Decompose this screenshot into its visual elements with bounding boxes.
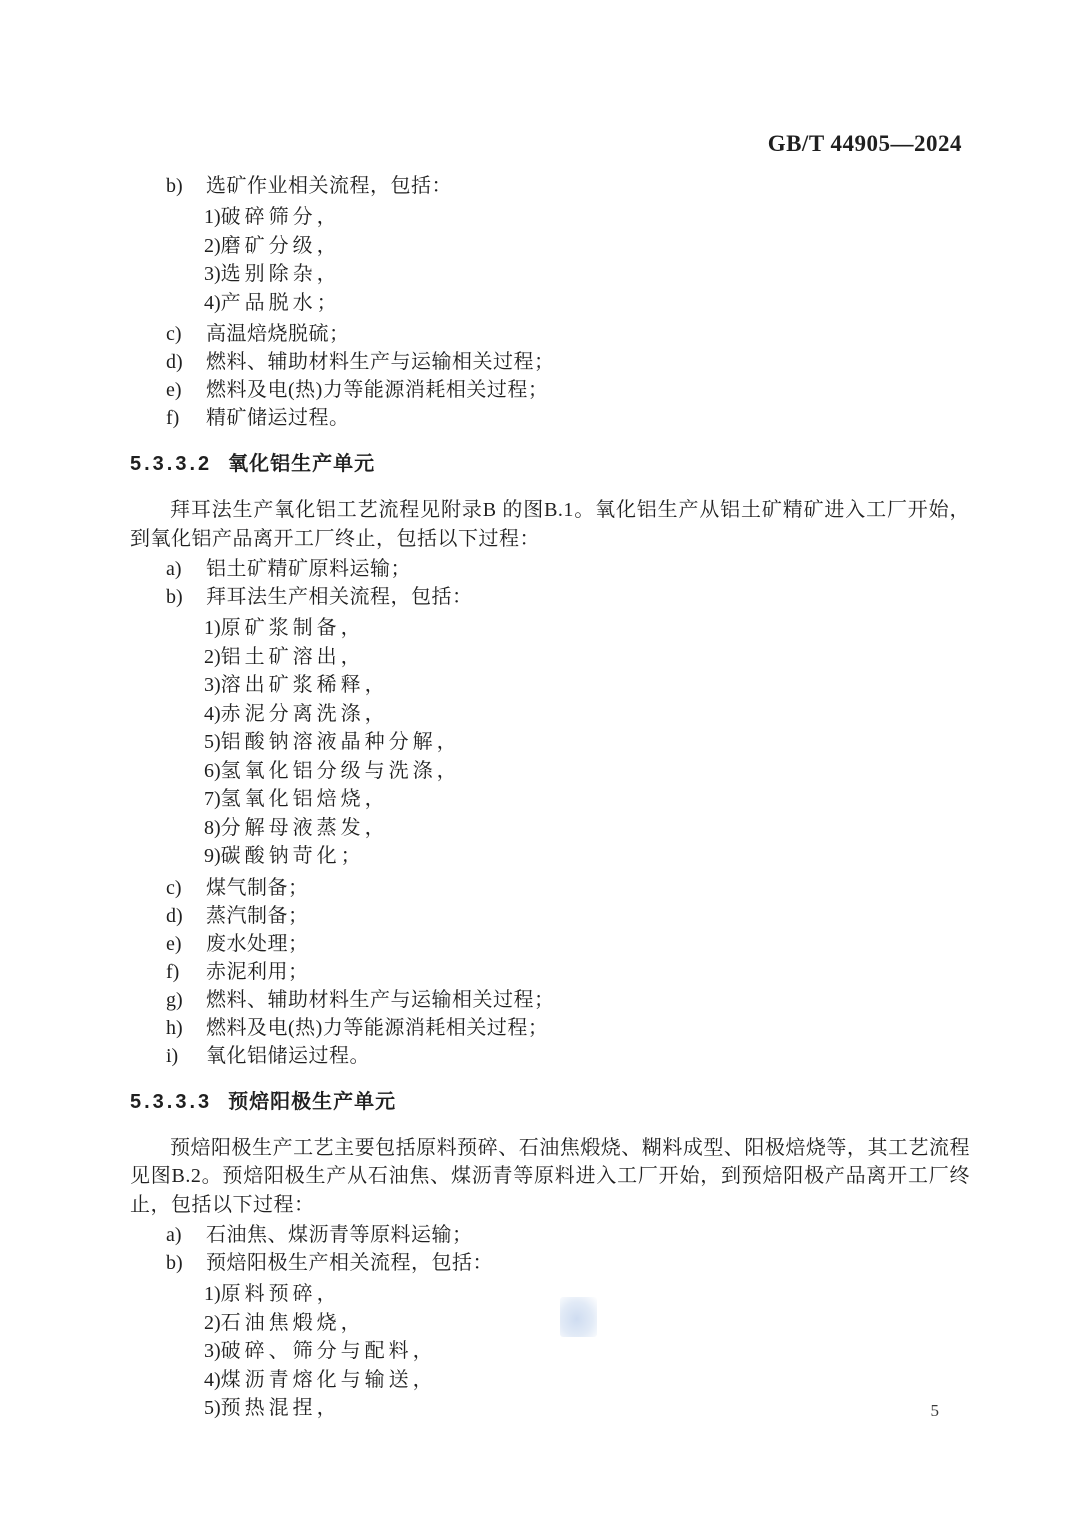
list-item-label: h) xyxy=(166,1014,206,1042)
section-number: 5.3.3.2 xyxy=(130,449,212,479)
list-subitem: 1)破碎筛分， xyxy=(130,203,970,232)
list-subitem-label: 4) xyxy=(204,289,221,318)
list-item: d)燃料、辅助材料生产与运输相关过程； xyxy=(130,348,970,376)
list-subitem: 4)产品脱水； xyxy=(130,289,970,318)
list-subitem-label: 5) xyxy=(204,1394,221,1423)
list-subitem-text: 石油焦煅烧， xyxy=(221,1309,365,1338)
list-subitem: 9)碳酸钠苛化； xyxy=(130,842,970,871)
list-item: i)氧化铝储运过程。 xyxy=(130,1042,970,1070)
list-subitem-label: 3) xyxy=(204,671,221,700)
list-subitem-text: 产品脱水； xyxy=(221,289,341,318)
list-item-label: c) xyxy=(166,874,206,902)
page-number: 5 xyxy=(931,1401,940,1421)
list-subitem-text: 氢氧化铝分级与洗涤， xyxy=(221,757,461,786)
list-subitem: 7)氢氧化铝焙烧， xyxy=(130,785,970,814)
list-subitem-text: 磨矿分级， xyxy=(221,232,341,261)
section-heading: 5.3.3.3预焙阳极生产单元 xyxy=(130,1087,970,1117)
list-item-label: c) xyxy=(166,320,206,348)
standard-code-header: GB/T 44905—2024 xyxy=(768,131,962,157)
list-subitem-text: 铝土矿溶出， xyxy=(221,643,365,672)
list-item-text: 燃料及电(热)力等能源消耗相关过程； xyxy=(206,376,970,404)
list-subitem: 3)破碎、筛分与配料， xyxy=(130,1337,970,1366)
list-item-label: g) xyxy=(166,986,206,1014)
list-subitem: 1)原料预碎， xyxy=(130,1280,970,1309)
list-item: e)废水处理； xyxy=(130,930,970,958)
list-item-label: f) xyxy=(166,404,206,432)
list-subitem-label: 2) xyxy=(204,643,221,672)
section-paragraph: 拜耳法生产氧化铝工艺流程见附录B 的图B.1。氧化铝生产从铝土矿精矿进入工厂开始… xyxy=(130,496,970,553)
list-item: a)铝土矿精矿原料运输； xyxy=(130,555,970,583)
list-item: b)拜耳法生产相关流程，包括： xyxy=(130,583,970,611)
list-subitem: 2)铝土矿溶出， xyxy=(130,643,970,672)
list-subitem-text: 原料预碎， xyxy=(221,1280,341,1309)
list-subitem-text: 破碎、筛分与配料， xyxy=(221,1337,437,1366)
list-subitem-label: 3) xyxy=(204,260,221,289)
list-subitem-label: 4) xyxy=(204,1366,221,1395)
list-item-text: 高温焙烧脱硫； xyxy=(206,320,970,348)
list-subitem-label: 3) xyxy=(204,1337,221,1366)
list-subitem: 6)氢氧化铝分级与洗涤， xyxy=(130,757,970,786)
section-paragraph: 预焙阳极生产工艺主要包括原料预碎、石油焦煅烧、糊料成型、阳极焙烧等，其工艺流程见… xyxy=(130,1134,970,1220)
list-item: c)高温焙烧脱硫； xyxy=(130,320,970,348)
list-item-text: 石油焦、煤沥青等原料运输； xyxy=(206,1221,970,1249)
list-subitem-text: 氢氧化铝焙烧， xyxy=(221,785,389,814)
list-item: h)燃料及电(热)力等能源消耗相关过程； xyxy=(130,1014,970,1042)
list-item-text: 氧化铝储运过程。 xyxy=(206,1042,970,1070)
list-item-text: 煤气制备； xyxy=(206,874,970,902)
list-item-label: e) xyxy=(166,930,206,958)
list-item: a)石油焦、煤沥青等原料运输； xyxy=(130,1221,970,1249)
list-item-label: d) xyxy=(166,902,206,930)
section-heading: 5.3.3.2氧化铝生产单元 xyxy=(130,449,970,479)
list-subitem-text: 溶出矿浆稀释， xyxy=(221,671,389,700)
list-subitem-text: 原矿浆制备， xyxy=(221,614,365,643)
list-subitem-label: 2) xyxy=(204,1309,221,1338)
list-item-text: 铝土矿精矿原料运输； xyxy=(206,555,970,583)
list-subitem: 5)预热混捏， xyxy=(130,1394,970,1423)
list-item-text: 精矿储运过程。 xyxy=(206,404,970,432)
list-subitem: 3)选别除杂， xyxy=(130,260,970,289)
list-subitem-label: 2) xyxy=(204,232,221,261)
list-subitem-label: 6) xyxy=(204,757,221,786)
list-subitem: 5)铝酸钠溶液晶种分解， xyxy=(130,728,970,757)
list-item: b)预焙阳极生产相关流程，包括： xyxy=(130,1249,970,1277)
list-item: f)赤泥利用； xyxy=(130,958,970,986)
list-subitem-label: 9) xyxy=(204,842,221,871)
list-item: e)燃料及电(热)力等能源消耗相关过程； xyxy=(130,376,970,404)
list-item: c)煤气制备； xyxy=(130,874,970,902)
list-subitem-text: 破碎筛分， xyxy=(221,203,341,232)
list-subitem-text: 分解母液蒸发， xyxy=(221,814,389,843)
list-subitem: 1)原矿浆制备， xyxy=(130,614,970,643)
document-page: GB/T 44905—2024 b)选矿作业相关流程，包括：1)破碎筛分，2)磨… xyxy=(0,0,1080,1527)
sub-list: 1)原矿浆制备，2)铝土矿溶出，3)溶出矿浆稀释，4)赤泥分离洗涤，5)铝酸钠溶… xyxy=(130,614,970,871)
sub-list: 1)原料预碎，2)石油焦煅烧，3)破碎、筛分与配料，4)煤沥青熔化与输送，5)预… xyxy=(130,1280,970,1423)
list-subitem: 3)溶出矿浆稀释， xyxy=(130,671,970,700)
list-subitem-label: 8) xyxy=(204,814,221,843)
list-item-label: a) xyxy=(166,555,206,583)
list-item-text: 燃料、辅助材料生产与运输相关过程； xyxy=(206,348,970,376)
list-subitem: 8)分解母液蒸发， xyxy=(130,814,970,843)
list-item: b)选矿作业相关流程，包括： xyxy=(130,172,970,200)
list-item-label: d) xyxy=(166,348,206,376)
list-subitem-text: 赤泥分离洗涤， xyxy=(221,700,389,729)
list-item-text: 选矿作业相关流程，包括： xyxy=(206,172,970,200)
watermark-stamp xyxy=(560,1297,597,1337)
list-item-text: 预焙阳极生产相关流程，包括： xyxy=(206,1249,970,1277)
section-title: 预焙阳极生产单元 xyxy=(228,1087,396,1117)
list-item-label: b) xyxy=(166,583,206,611)
list-subitem-text: 煤沥青熔化与输送， xyxy=(221,1366,437,1395)
list-item-label: f) xyxy=(166,958,206,986)
list-item-label: i) xyxy=(166,1042,206,1070)
list-subitem-label: 5) xyxy=(204,728,221,757)
list-item-text: 燃料及电(热)力等能源消耗相关过程； xyxy=(206,1014,970,1042)
list-subitem: 4)赤泥分离洗涤， xyxy=(130,700,970,729)
list-item-text: 赤泥利用； xyxy=(206,958,970,986)
list-item-label: e) xyxy=(166,376,206,404)
list-subitem-text: 铝酸钠溶液晶种分解， xyxy=(221,728,461,757)
list-item-text: 燃料、辅助材料生产与运输相关过程； xyxy=(206,986,970,1014)
list-item-label: a) xyxy=(166,1221,206,1249)
list-subitem: 4)煤沥青熔化与输送， xyxy=(130,1366,970,1395)
list-subitem-label: 4) xyxy=(204,700,221,729)
list-subitem-text: 预热混捏， xyxy=(221,1394,341,1423)
list-subitem-label: 1) xyxy=(204,1280,221,1309)
list-item-text: 废水处理； xyxy=(206,930,970,958)
document-body: b)选矿作业相关流程，包括：1)破碎筛分，2)磨矿分级，3)选别除杂，4)产品脱… xyxy=(130,172,970,1426)
list-item-text: 拜耳法生产相关流程，包括： xyxy=(206,583,970,611)
section-title: 氧化铝生产单元 xyxy=(228,449,375,479)
list-item-text: 蒸汽制备； xyxy=(206,902,970,930)
list-subitem-label: 7) xyxy=(204,785,221,814)
list-subitem-text: 选别除杂， xyxy=(221,260,341,289)
list-subitem: 2)磨矿分级， xyxy=(130,232,970,261)
list-subitem-label: 1) xyxy=(204,614,221,643)
list-subitem-text: 碳酸钠苛化； xyxy=(221,842,365,871)
list-subitem-label: 1) xyxy=(204,203,221,232)
list-item: d)蒸汽制备； xyxy=(130,902,970,930)
list-item-label: b) xyxy=(166,1249,206,1277)
section-number: 5.3.3.3 xyxy=(130,1087,212,1117)
list-subitem: 2)石油焦煅烧， xyxy=(130,1309,970,1338)
list-item: g)燃料、辅助材料生产与运输相关过程； xyxy=(130,986,970,1014)
list-item: f)精矿储运过程。 xyxy=(130,404,970,432)
sub-list: 1)破碎筛分，2)磨矿分级，3)选别除杂，4)产品脱水； xyxy=(130,203,970,317)
list-item-label: b) xyxy=(166,172,206,200)
